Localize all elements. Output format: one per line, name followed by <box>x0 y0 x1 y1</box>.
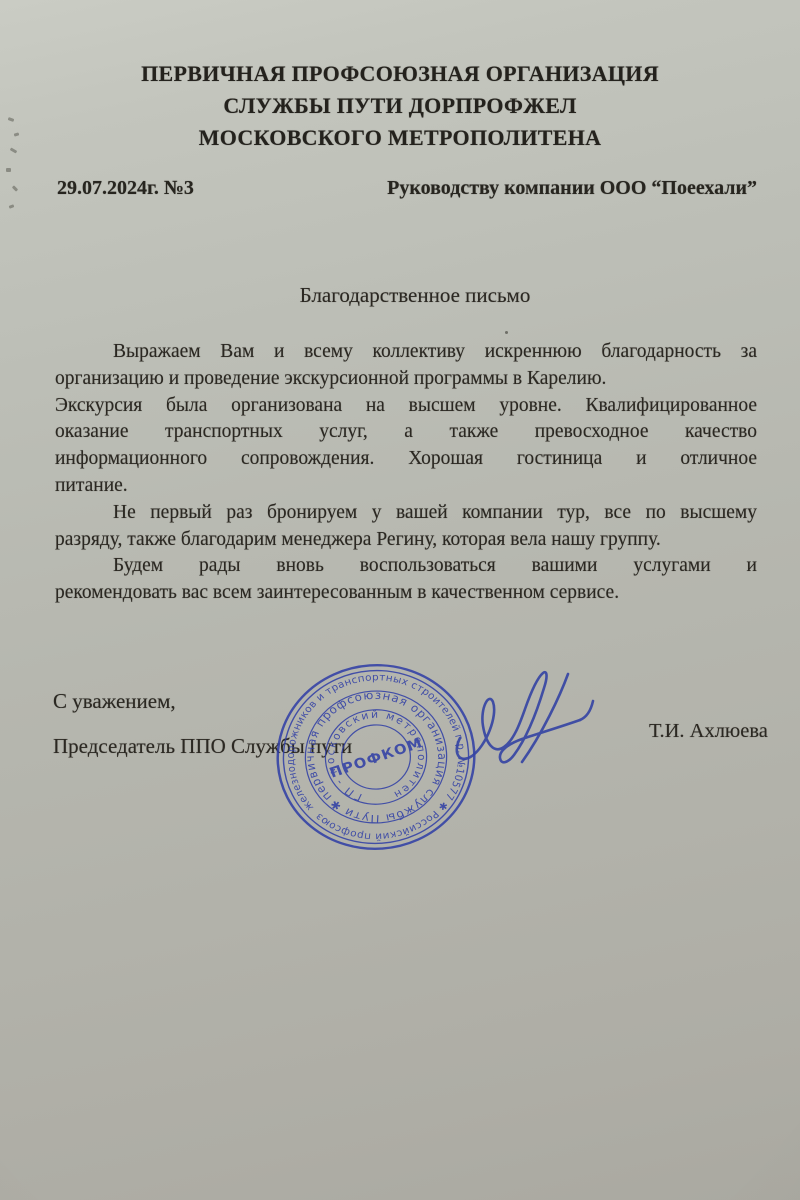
paper-edge-smudge <box>10 147 18 153</box>
handwritten-signature <box>448 666 600 780</box>
body-line: оказание транспортных услуг, а также пре… <box>55 419 757 446</box>
body-line: разряду, также благодарим менеджера Реги… <box>55 527 757 554</box>
body-line: Не первый раз бронируем у вашей компании… <box>55 500 757 527</box>
paper-edge-smudge <box>9 204 15 209</box>
letterhead: ПЕРВИЧНАЯ ПРОФСОЮЗНАЯ ОРГАНИЗАЦИЯ СЛУЖБЫ… <box>70 58 730 154</box>
signer-name: Т.И. Ахлюева <box>649 720 768 743</box>
body-line: питание. <box>55 473 757 500</box>
paper-edge-smudge <box>8 117 15 122</box>
scanned-letter-page: ПЕРВИЧНАЯ ПРОФСОЮЗНАЯ ОРГАНИЗАЦИЯ СЛУЖБЫ… <box>0 0 800 1200</box>
paper-edge-smudge <box>14 132 20 136</box>
letterhead-line-2: СЛУЖБЫ ПУТИ ДОРПРОФЖЕЛ <box>70 90 730 122</box>
signature-stroke-main <box>457 672 580 762</box>
body-line: рекомендовать вас всем заинтересованным … <box>55 580 757 607</box>
paper-edge-smudge <box>6 168 11 172</box>
salutation: С уважением, <box>53 689 176 714</box>
body-line: Экскурсия была организована на высшем ур… <box>55 393 757 420</box>
paper-edge-smudge <box>12 185 18 191</box>
letter-body: Выражаем Вам и всему коллективу искренню… <box>55 339 757 607</box>
addressee: Руководству компании ООО “Поеехали” <box>387 177 757 200</box>
paper-speck <box>505 331 508 334</box>
reference-line: 29.07.2024г. №3 Руководству компании ООО… <box>57 177 757 200</box>
body-line: Будем рады вновь воспользоваться вашими … <box>55 553 757 580</box>
body-line: информационного сопровождения. Хорошая г… <box>55 446 757 473</box>
signature-stroke-tail <box>580 701 593 720</box>
date-and-number: 29.07.2024г. №3 <box>57 177 194 200</box>
letterhead-line-3: МОСКОВСКОГО МЕТРОПОЛИТЕНА <box>70 122 730 154</box>
letterhead-line-1: ПЕРВИЧНАЯ ПРОФСОЮЗНАЯ ОРГАНИЗАЦИЯ <box>70 58 730 90</box>
body-line: Выражаем Вам и всему коллективу искренню… <box>55 339 757 366</box>
letter-title: Благодарственное письмо <box>60 283 770 308</box>
body-line: организацию и проведение экскурсионной п… <box>55 366 757 393</box>
